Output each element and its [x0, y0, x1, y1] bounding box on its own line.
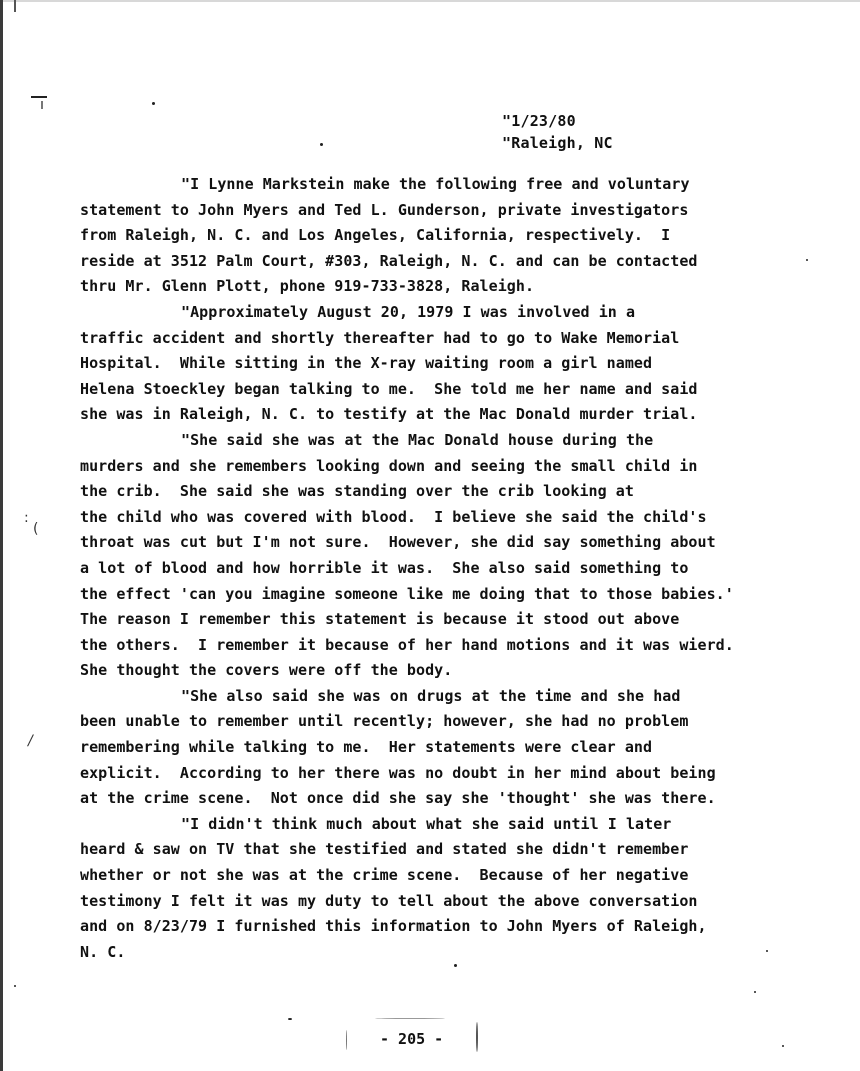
statement-paragraph: "I didn't think much about what she said… [80, 812, 850, 966]
scan-artifact: ( [33, 521, 38, 537]
text-line: a lot of blood and how horrible it was. … [80, 556, 850, 582]
text-line: throat was cut but I'm not sure. However… [80, 530, 850, 556]
text-line: Helena Stoeckley began talking to me. Sh… [80, 377, 850, 403]
text-line: traffic accident and shortly thereafter … [80, 326, 850, 352]
scan-artifact [14, 985, 16, 987]
scan-artifact [14, 0, 16, 12]
text-line: The reason I remember this statement is … [80, 607, 850, 633]
text-line: at the crime scene. Not once did she say… [80, 786, 850, 812]
document-header: "1/23/80 "Raleigh, NC [502, 110, 613, 154]
document-location: "Raleigh, NC [502, 132, 613, 154]
text-line: the crib. She said she was standing over… [80, 479, 850, 505]
statement-paragraph: "She also said she was on drugs at the t… [80, 684, 850, 812]
text-line: explicit. According to her there was no … [80, 761, 850, 787]
text-line: She thought the covers were off the body… [80, 658, 850, 684]
text-line: testimony I felt it was my duty to tell … [80, 889, 850, 915]
statement-paragraph: "She said she was at the Mac Donald hous… [80, 428, 850, 684]
scan-artifact [41, 101, 43, 109]
text-line: and on 8/23/79 I furnished this informat… [80, 914, 850, 940]
scan-artifact [320, 143, 323, 146]
text-line: she was in Raleigh, N. C. to testify at … [80, 402, 850, 428]
text-line: murders and she remembers looking down a… [80, 454, 850, 480]
text-line: statement to John Myers and Ted L. Gunde… [80, 198, 850, 224]
scan-artifact [476, 1022, 478, 1052]
text-line: the child who was covered with blood. I … [80, 505, 850, 531]
scan-artifact [152, 102, 155, 105]
text-line: "I Lynne Markstein make the following fr… [80, 172, 850, 198]
text-line: the effect 'can you imagine someone like… [80, 582, 850, 608]
page-number: - 205 - [380, 1030, 443, 1048]
scan-artifact: / [28, 733, 33, 749]
scan-artifact [346, 1030, 347, 1050]
text-line: "She said she was at the Mac Donald hous… [80, 428, 850, 454]
scan-left-border [0, 0, 3, 1071]
document-date: "1/23/80 [502, 110, 613, 132]
scan-artifact: : [24, 510, 29, 526]
scan-top-border [3, 0, 860, 2]
text-line: Hospital. While sitting in the X-ray wai… [80, 351, 850, 377]
text-line: from Raleigh, N. C. and Los Angeles, Cal… [80, 223, 850, 249]
text-line: "She also said she was on drugs at the t… [80, 684, 850, 710]
text-line: been unable to remember until recently; … [80, 709, 850, 735]
scan-artifact [288, 1018, 292, 1020]
scan-artifact [375, 1018, 445, 1019]
text-line: thru Mr. Glenn Plott, phone 919-733-3828… [80, 274, 850, 300]
scan-artifact [754, 991, 756, 993]
text-line: whether or not she was at the crime scen… [80, 863, 850, 889]
text-line: "I didn't think much about what she said… [80, 812, 850, 838]
scan-artifact [31, 96, 47, 98]
statement-paragraph: "I Lynne Markstein make the following fr… [80, 172, 850, 300]
scan-artifact [782, 1045, 784, 1047]
text-line: reside at 3512 Palm Court, #303, Raleigh… [80, 249, 850, 275]
statement-paragraph: "Approximately August 20, 1979 I was inv… [80, 300, 850, 428]
text-line: N. C. [80, 940, 850, 966]
text-line: remembering while talking to me. Her sta… [80, 735, 850, 761]
statement-body: "I Lynne Markstein make the following fr… [80, 172, 850, 965]
text-line: heard & saw on TV that she testified and… [80, 837, 850, 863]
text-line: the others. I remember it because of her… [80, 633, 850, 659]
text-line: "Approximately August 20, 1979 I was inv… [80, 300, 850, 326]
